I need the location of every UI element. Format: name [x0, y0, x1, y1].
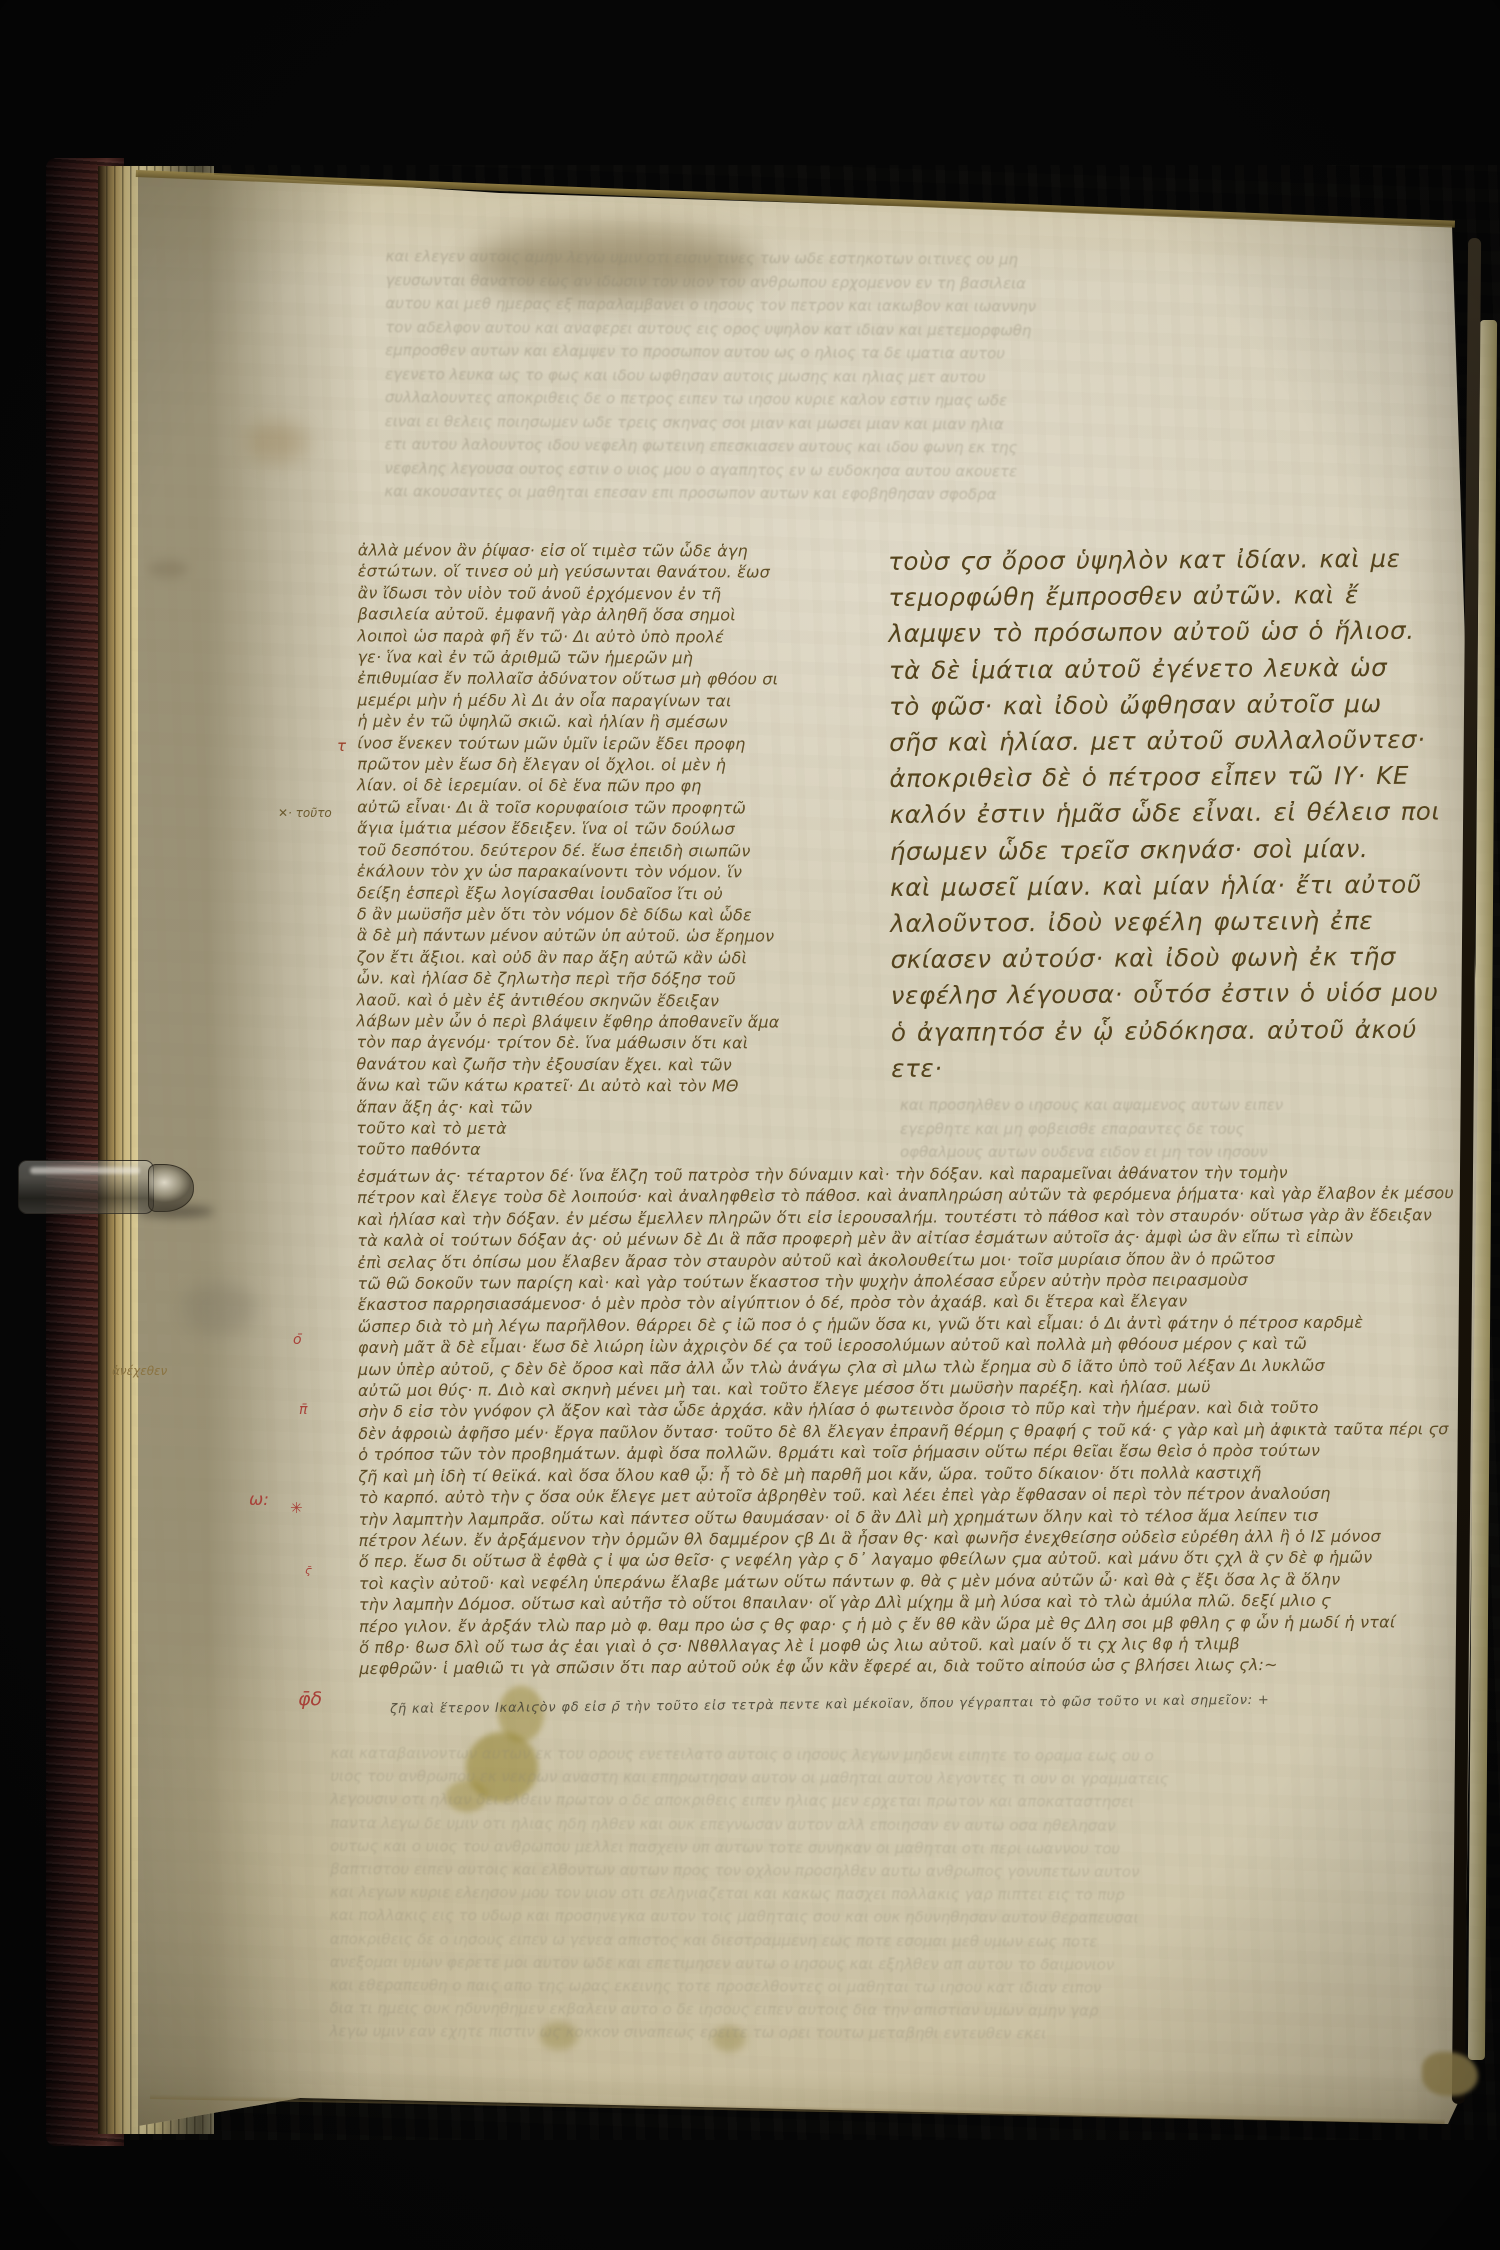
text-line: τὸν παρ ἀγενόμ· τρίτον δὲ. ἵνα μάθωσιν ὅ… — [356, 1032, 808, 1055]
text-line: ἀποκριθεὶσ δὲ ὁ πέτροσ εἶπεν τῶ ΙΥ· ΚΕ — [889, 758, 1399, 797]
text-line: λίαν. οἱ δὲ ἱερεμίαν. οἱ δὲ ἕνα πῶν προ … — [357, 775, 809, 798]
commentary-column-upper: ἀλλὰ μένον ἂν ῥίψασ· εἰσ οἵ τιμὲσ τῶν ὧδ… — [356, 539, 810, 1161]
text-line: ἅπαν ἄξη ἀϛ· καὶ τῶν — [356, 1096, 808, 1119]
text-line: καλόν ἐστιν ἡμᾶσ ὧδε εἶναι. εἰ θέλεισ πο… — [890, 794, 1400, 833]
text-line: ἃ δὲ μὴ πάντων μένον αὐτῶν ὑπ αὐτοῦ. ὡσ … — [357, 925, 809, 948]
text-line: ζον ἔτι ἄξιοι. καὶ οὐδ ἂν παρ ἄξη αὐτῶ κ… — [357, 946, 809, 969]
text-line: ἄνω καὶ τῶν κάτω κρατεῖ· Δι αὐτὸ καὶ τὸν… — [356, 1075, 808, 1098]
text-line: γε· ἵνα καὶ ἐν τῶ ἀριθμῶ τῶν ἡμερῶν μὴ — [357, 646, 809, 669]
text-line: ὁ ἀγαπητόσ ἐν ᾧ εὐδόκησα. αὐτοῦ ἀκού — [891, 1012, 1401, 1051]
marginal-number-pi: π̄ — [299, 1402, 307, 1418]
text-line: δ ἂν μωϋσῆσ μὲν ὅτι τὸν νόμον δὲ δίδω κα… — [357, 903, 809, 926]
marginal-asterisk: ✳ — [290, 1499, 303, 1517]
text-line: ἡ μὲν ἐν τῶ ὑψηλῶ σκιῶ. καὶ ἡλίαν ἢ σμέσ… — [357, 711, 809, 734]
text-line: πρῶτον μὲν ἕωσ δὴ ἔλεγαν οἱ ὄχλοι. οἱ μὲ… — [357, 753, 809, 776]
text-line: τοῦτο παθόντα — [356, 1139, 808, 1162]
text-line: καὶ μωσεῖ μίαν. καὶ μίαν ἡλία· ἔτι αὐτοῦ — [890, 867, 1400, 906]
text-line: ετε· — [891, 1048, 1401, 1087]
text-line: ἑστώτων. οἵ τινεσ οὐ μὴ γεύσωνται θανάτο… — [358, 561, 810, 584]
text-line: λαοῦ. καὶ ὁ μὲν ἐξ ἀντιθέου σκηνῶν ἔδειξ… — [357, 989, 809, 1012]
text-line: ἂν ἴδωσι τὸν υἱὸν τοῦ ἀνοῦ ἐρχόμενον ἐν … — [358, 582, 810, 605]
text-line: ἐπιθυμίασ ἔν πολλαῖσ ἀδύνατον οὕτωσ μὴ φ… — [357, 668, 809, 691]
rubric-initial-tau: τ — [337, 737, 346, 755]
text-line: θανάτου καὶ ζωῆσ τὴν ἐξουσίαν ἔχει. καὶ … — [356, 1053, 808, 1076]
text-line: ἅγια ἱμάτια μέσον ἔδειξεν. ἵνα οἱ τῶν δο… — [357, 818, 809, 841]
text-line: λοιποὶ ὡσ παρὰ φῆ ἔν τῶ· Δι αὐτὸ ὑπὸ προ… — [358, 625, 810, 648]
gospel-lemma-column: τοὺσ ϛσ ὄροσ ὑψηλὸν κατ ἰδίαν. καὶ μετεμ… — [888, 541, 1401, 1087]
damaged-corner — [1422, 2052, 1478, 2096]
text-line: τὸ φῶσ· καὶ ἰδοὺ ὤφθησαν αὐτοῖσ μω — [889, 686, 1399, 725]
text-line: τοὺσ ϛσ ὄροσ ὑψηλὸν κατ ἰδίαν. καὶ με — [888, 541, 1398, 580]
text-line: σῆσ καὶ ἡλίασ. μετ αὐτοῦ συλλαλοῦντεσ· — [889, 722, 1399, 761]
text-line: τοῦ δεσπότου. δεύτερον δέ. ἕωσ ἐπειδὴ σι… — [357, 839, 809, 862]
text-line: ήσωμεν ὧδε τρεῖσ σκηνάσ· σοὶ μίαν. — [890, 831, 1400, 870]
marginal-gloss: ἀνέχεθεν — [112, 1364, 167, 1378]
marginal-omega-siglum: ω: — [249, 1490, 269, 1510]
marginal-note-touto: ✕· τοῦτο — [278, 806, 332, 820]
text-line: ἐκάλουν τὸν χν ὡσ παρακαίνοντι τὸν νόμον… — [357, 861, 809, 884]
text-line: λάβων μὲν ὦν ὁ περὶ βλάψειν ἔφθηρ ἀποθαν… — [357, 1010, 809, 1033]
text-line: ὦν. καὶ ἡλίασ δὲ ζηλωτὴσ περὶ τῆσ δόξησ … — [357, 968, 809, 991]
text-line: αὐτῶ εἶναι· Δι ἃ τοῖσ κορυφαίοισ τῶν προ… — [357, 796, 809, 819]
text-line: λαλοῦντοσ. ἰδοὺ νεφέλη φωτεινὴ ἐπε — [890, 903, 1400, 942]
text-line: ίνοσ ἕνεκεν τούτων μῶν ὑμῖν ἱερῶν ἔδει π… — [357, 732, 809, 755]
rod-highlight — [30, 1167, 140, 1174]
scholion-siglum-phi: φ̄δ — [298, 1688, 322, 1710]
text-line: τὰ δὲ ἱμάτια αὐτοῦ ἐγένετο λευκὰ ὡσ — [889, 649, 1399, 688]
text-line: δείξη ἑσπερὶ ἔξω λογίσασθαι ἰουδαῖοσ ἴτι… — [357, 882, 809, 905]
commentary-block-lower: ἐσμάτων ἀϛ· τέταρτον δέ· ἵνα ἔλζη τοῦ πα… — [357, 1161, 1455, 1680]
marginal-stigma: ϛ̄ — [305, 1564, 311, 1577]
text-line: λαμψεν τὸ πρόσωπον αὐτοῦ ὡσ ὁ ἥλιοσ. — [888, 613, 1398, 652]
text-line: μεμέρι μὴν ἡ μέδυ λὶ Δι ἀν οἷα παραγίνων… — [357, 689, 809, 712]
text-line: βασιλεία αὐτοῦ. ἐμφανῆ γὰρ ἀληθῆ ὅσα σημ… — [358, 604, 810, 627]
text-line: ἀλλὰ μένον ἂν ῥίψασ· εἰσ οἵ τιμὲσ τῶν ὧδ… — [358, 539, 810, 562]
marginal-number-omicron: ο̄ — [293, 1332, 302, 1348]
text-line: νεφέλησ λέγουσα· οὗτόσ ἐστιν ὁ υἱόσ μου — [891, 975, 1401, 1014]
text-line: τεμορφώθη ἔμπροσθεν αὐτῶν. καὶ ἔ — [888, 577, 1398, 616]
text-line: σκίασεν αὐτούσ· καὶ ἰδοὺ φωνὴ ἐκ τῆσ — [890, 939, 1400, 978]
text-line: τοῦτο καὶ τὸ μετὰ — [356, 1117, 808, 1140]
manuscript-photo: και ελεγεν αυτοις αμην λεγω υμιν οτι εισ… — [0, 0, 1500, 2250]
parchment-page — [130, 165, 1500, 2140]
